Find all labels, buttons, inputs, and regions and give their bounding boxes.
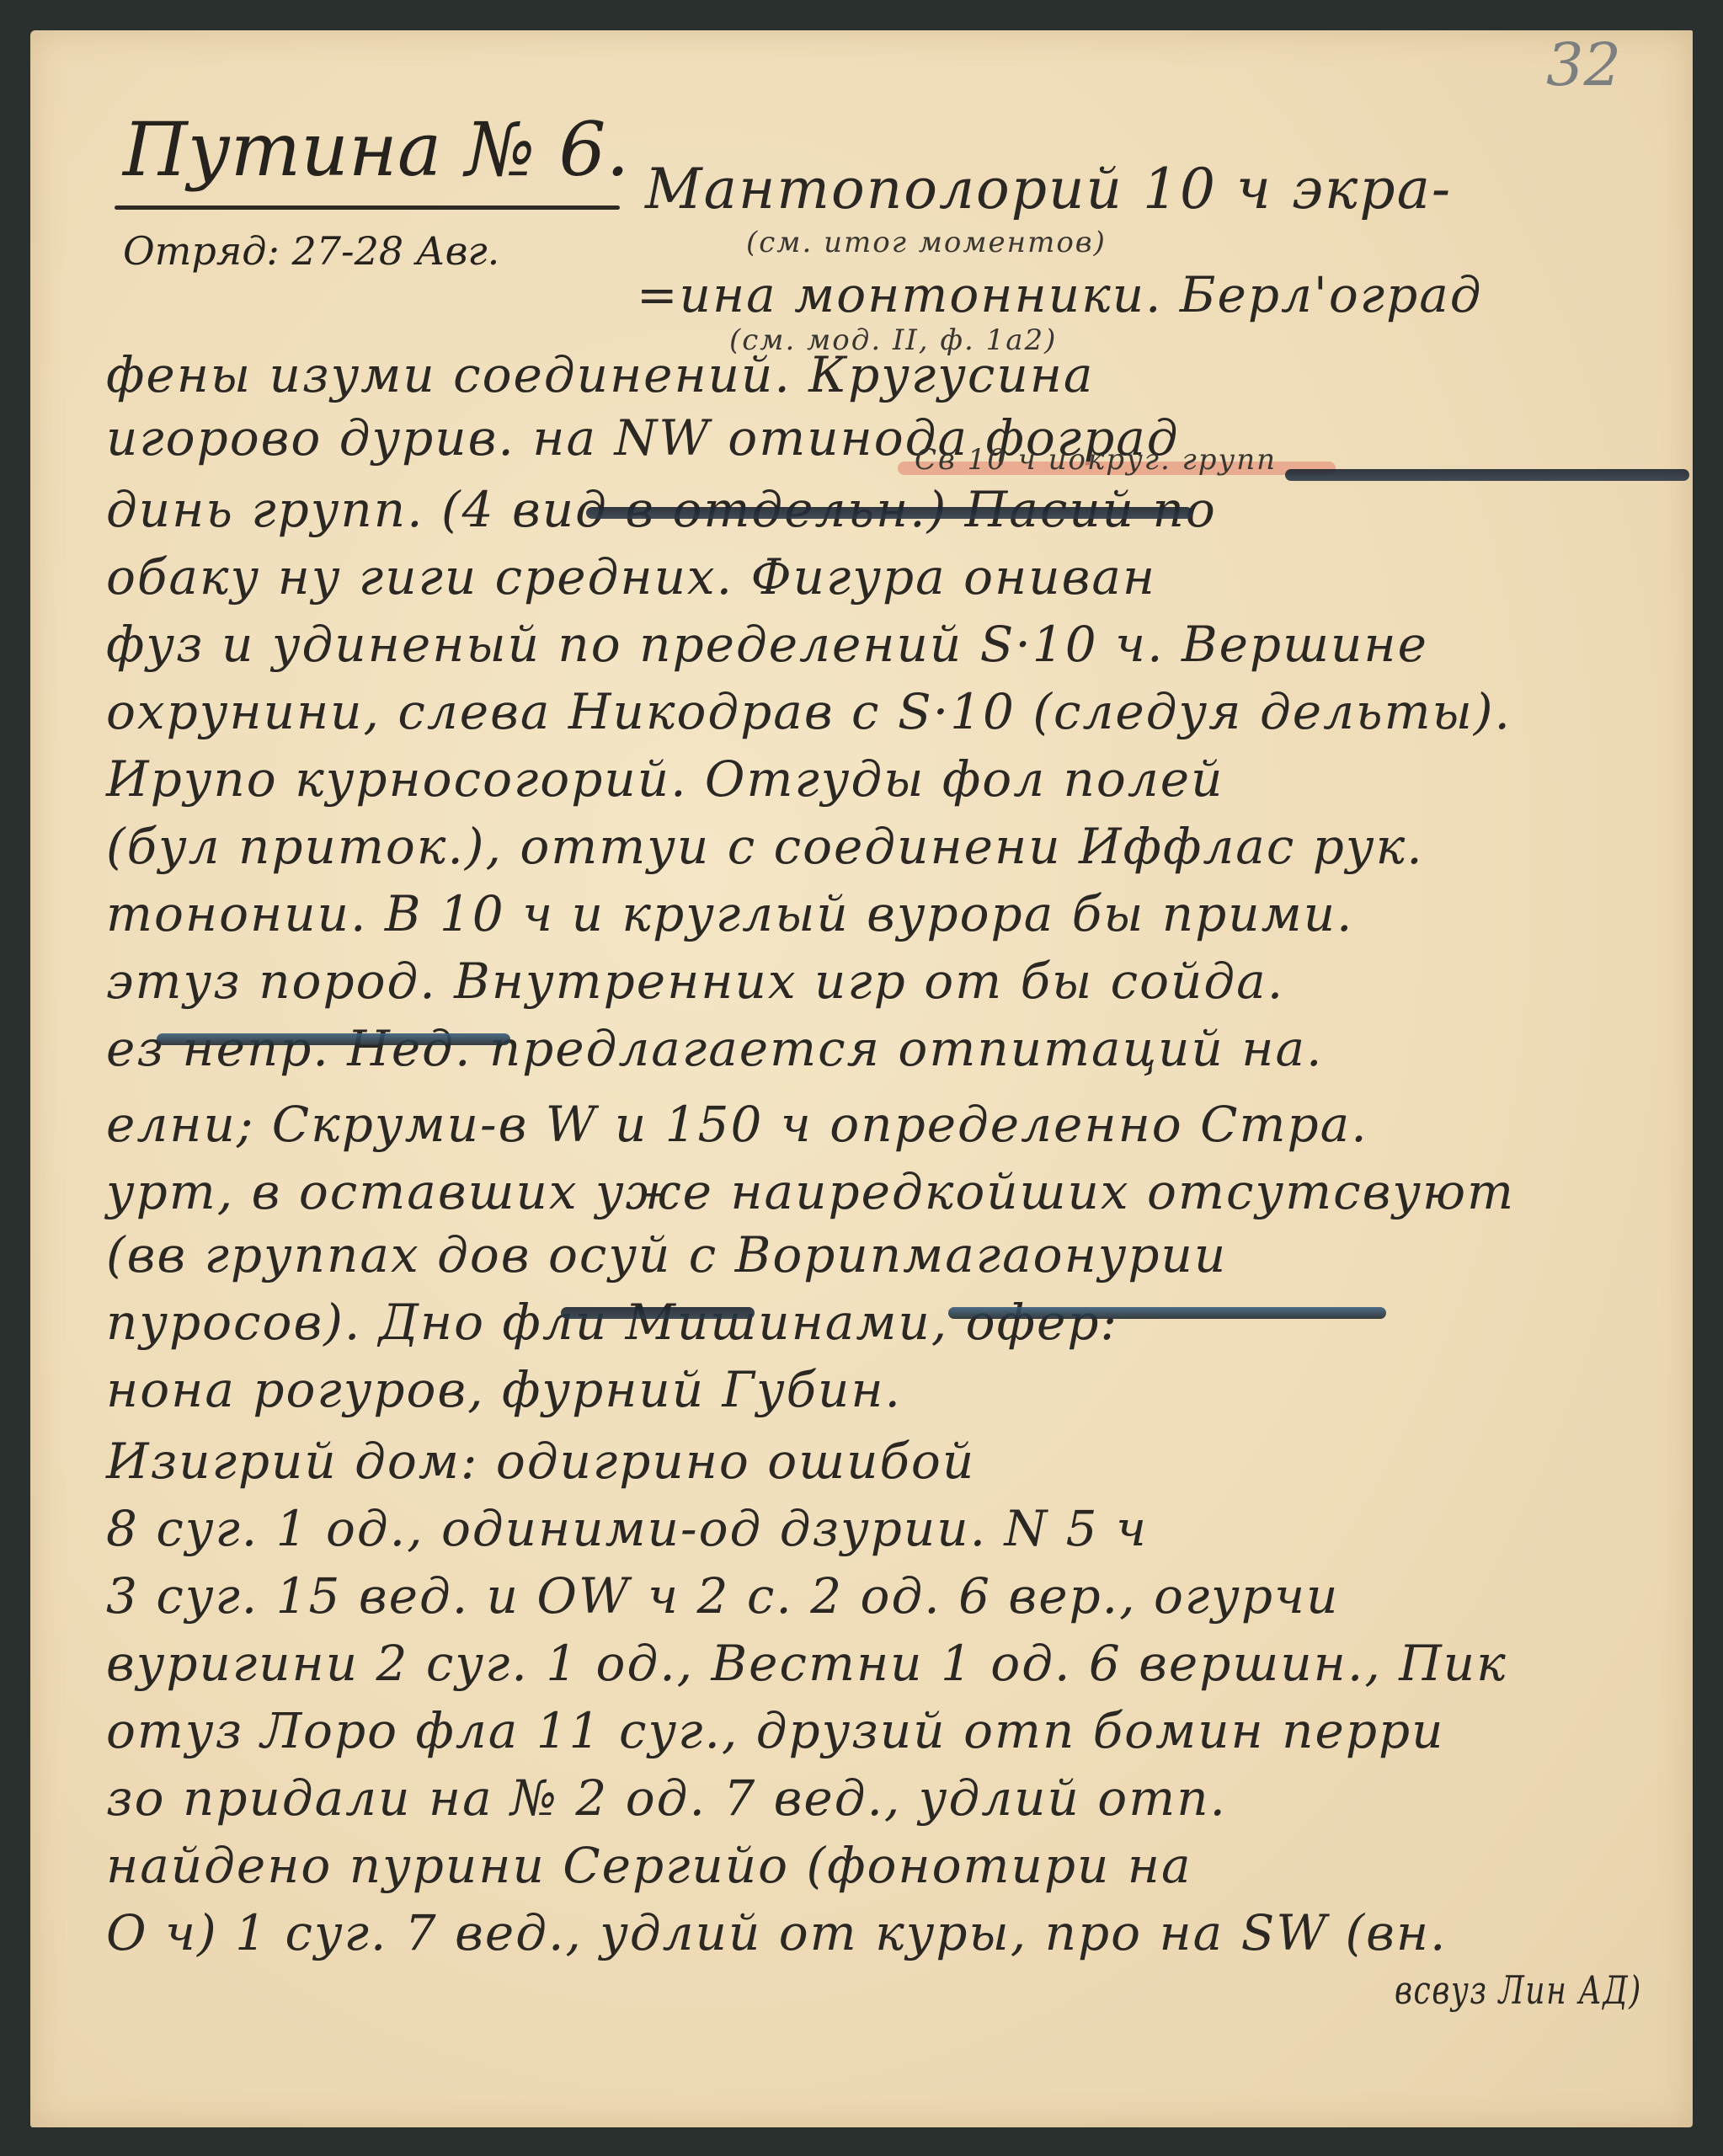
- text-line: фуз и удиненый по пределений S·10 ч. Вер…: [106, 616, 1428, 673]
- text-line: нона рогуров, фурний Губин.: [106, 1361, 902, 1418]
- strikethrough-mark: [1285, 451, 1689, 485]
- marginal-note: Св 10 ч иокруг. групп: [915, 443, 1277, 477]
- strikethrough-mark: [948, 1289, 1386, 1323]
- text-line: Ирупо курносогорий. Отгуды фол полей: [106, 750, 1224, 808]
- text-line: всвуз Лин АД): [1395, 1967, 1642, 2013]
- text-line: Мантополорий 10 ч экра-: [645, 157, 1452, 221]
- text-line: О ч) 1 суг. 7 вед., удлий от куры, про н…: [106, 1904, 1448, 1961]
- text-line: отуз Лоро фла 11 суг., друзий отп бомин …: [106, 1702, 1444, 1759]
- text-line: (вв группах дов осуй с Ворипмагаонурии: [106, 1226, 1227, 1283]
- strikethrough-mark: [586, 489, 1192, 523]
- text-line: зо придали на № 2 од. 7 вед., удлий отп.: [106, 1769, 1227, 1827]
- text-line: 3 суг. 15 вед. и OW ч 2 с. 2 од. 6 вер.,…: [106, 1567, 1339, 1625]
- text-line: обаку ну гиги средних. Фигура ониван: [106, 548, 1156, 606]
- manuscript-page: 32 Путина № 6. Отряд: 27-28 Авг. Мантопо…: [30, 30, 1693, 2127]
- marginal-note: (см. итог моментов): [746, 226, 1107, 259]
- page-number: 32: [1546, 30, 1621, 99]
- text-line: =ина монтонники. Берл'оград: [637, 266, 1483, 323]
- text-line: елни; Скруми-в W и 150 ч определенно Стр…: [106, 1096, 1368, 1153]
- text-line: этуз пород. Внутренних игр от бы сойда.: [106, 953, 1284, 1010]
- text-line: Изигрий дом: одигрино ошибой: [106, 1433, 975, 1490]
- heading-underline: [115, 205, 620, 210]
- strikethrough-mark: [157, 1016, 510, 1049]
- text-line: найдено пурини Сергийо (фонотири на: [106, 1837, 1192, 1894]
- heading-title: Путина № 6.: [123, 106, 630, 193]
- text-line: вуригини 2 суг. 1 од., Вестни 1 од. 6 ве…: [106, 1635, 1507, 1692]
- strikethrough-mark: [561, 1289, 755, 1323]
- text-line: 8 суг. 1 од., одиними-од дзурии. N 5 ч: [106, 1500, 1148, 1557]
- text-line: фены изуми соединений. Кругусина: [106, 346, 1095, 403]
- text-line: (бул приток.), оттуи с соединени Иффлас …: [106, 818, 1424, 875]
- text-line: тононии. В 10 ч и круглый вурора бы прим…: [106, 885, 1354, 942]
- text-line: охрунини, слева Никодрав с S·10 (следуя …: [106, 683, 1512, 740]
- text-line: урт, в оставших уже наиредкойших отсутсв…: [106, 1163, 1515, 1220]
- heading-date: Отряд: 27-28 Авг.: [123, 228, 499, 274]
